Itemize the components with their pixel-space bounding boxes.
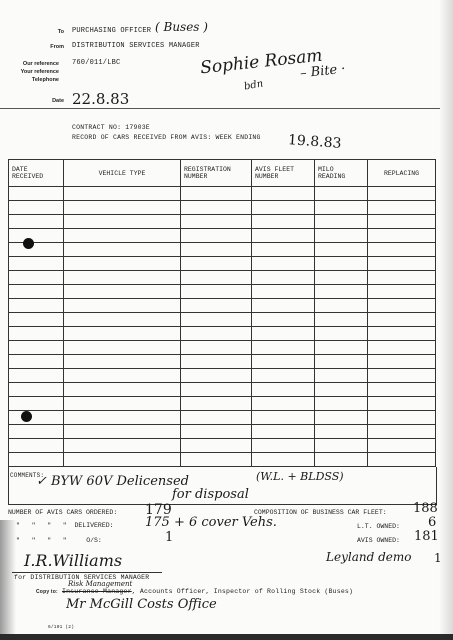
table-cell <box>252 439 315 453</box>
table-cell <box>64 369 181 383</box>
scan-shadow <box>439 0 453 640</box>
table-cell <box>9 229 64 243</box>
vehicle-table: DATE RECEIVED VEHICLE TYPE REGISTRATION … <box>8 159 436 467</box>
table-cell <box>9 285 64 299</box>
table-cell <box>252 243 315 257</box>
avis-owned-value: 181 <box>414 529 439 544</box>
table-cell <box>368 201 436 215</box>
table-cell <box>368 215 436 229</box>
table-row <box>9 285 436 299</box>
table-cell <box>252 257 315 271</box>
table-cell <box>315 201 368 215</box>
table-row <box>9 257 436 271</box>
table-cell <box>315 411 368 425</box>
table-cell <box>181 243 252 257</box>
table-cell <box>64 425 181 439</box>
table-row <box>9 187 436 201</box>
table-cell <box>9 187 64 201</box>
table-cell <box>315 327 368 341</box>
table-body <box>9 187 436 467</box>
record-title: RECORD OF CARS RECEIVED FROM AVIS: WEEK … <box>72 134 261 141</box>
table-row <box>9 201 436 215</box>
table-cell <box>368 411 436 425</box>
table-cell <box>315 285 368 299</box>
table-cell <box>252 453 315 467</box>
fleet-label: COMPOSITION OF BUSINESS CAR FLEET: <box>254 509 387 516</box>
table-cell <box>64 201 181 215</box>
table-cell <box>64 313 181 327</box>
table-cell <box>252 187 315 201</box>
table-cell <box>368 229 436 243</box>
table-cell <box>315 187 368 201</box>
table-row <box>9 383 436 397</box>
lt-owned-value: 6 <box>428 515 436 530</box>
table-cell <box>64 383 181 397</box>
table-row <box>9 313 436 327</box>
os-label: " " " " O/S: <box>16 537 102 544</box>
os-value: 1 <box>165 530 173 545</box>
col-avis-fleet: AVIS FLEET NUMBER <box>252 160 315 187</box>
copy-to-line: Copy to: Insurance Manager, Accounts Off… <box>36 588 353 595</box>
table-cell <box>315 383 368 397</box>
table-cell <box>252 411 315 425</box>
table-cell <box>368 285 436 299</box>
col-replacing: REPLACING <box>368 160 436 187</box>
comments-note: (W.L. + BLDSS) <box>256 470 344 483</box>
table-cell <box>315 257 368 271</box>
table-cell <box>368 243 436 257</box>
table-cell <box>64 341 181 355</box>
table-cell <box>368 425 436 439</box>
table-cell <box>181 313 252 327</box>
table-cell <box>64 285 181 299</box>
table-cell <box>181 327 252 341</box>
table-cell <box>315 299 368 313</box>
table-cell <box>315 425 368 439</box>
table-cell <box>315 243 368 257</box>
table-cell <box>315 229 368 243</box>
table-cell <box>252 271 315 285</box>
table-row <box>9 355 436 369</box>
table-cell <box>64 327 181 341</box>
table-row <box>9 397 436 411</box>
col-vehicle-type: VEHICLE TYPE <box>64 160 181 187</box>
your-ref-label: Your reference <box>0 69 59 75</box>
table-cell <box>64 299 181 313</box>
table-cell <box>9 439 64 453</box>
table-cell <box>9 453 64 467</box>
table-cell <box>9 411 64 425</box>
signature: I.R.Williams <box>24 551 122 570</box>
table-cell <box>181 397 252 411</box>
date-value: 22.8.83 <box>72 90 129 108</box>
from-label: From <box>4 44 64 50</box>
table-cell <box>9 243 64 257</box>
table-row <box>9 439 436 453</box>
table-cell <box>252 215 315 229</box>
table-cell <box>252 313 315 327</box>
comments-line-1: ✓ BYW 60V Delicensed <box>36 474 189 489</box>
handwritten-initials: bdn <box>243 78 264 92</box>
our-ref-label: Our reference <box>0 61 59 67</box>
copy-handwritten: Mr McGill Costs Office <box>66 597 217 612</box>
lt-owned-label: L.T. OWNED: <box>357 523 400 530</box>
table-row <box>9 341 436 355</box>
table-cell <box>9 327 64 341</box>
table-cell <box>181 257 252 271</box>
table-row <box>9 215 436 229</box>
table-cell <box>64 187 181 201</box>
table-cell <box>181 439 252 453</box>
contract-number: CONTRACT NO: 17903E <box>72 124 150 131</box>
table-cell <box>368 355 436 369</box>
table-cell <box>64 215 181 229</box>
table-cell <box>64 229 181 243</box>
copy-rest: , Accounts Officer, Inspector of Rolling… <box>132 588 353 595</box>
table-cell <box>315 453 368 467</box>
table-cell <box>252 285 315 299</box>
to-handwritten: ( Buses ) <box>155 20 208 34</box>
table-cell <box>64 439 181 453</box>
table-cell <box>252 201 315 215</box>
table-cell <box>181 453 252 467</box>
table-cell <box>315 271 368 285</box>
to-label: To <box>4 29 64 35</box>
table-cell <box>181 271 252 285</box>
table-cell <box>181 285 252 299</box>
table-cell <box>252 425 315 439</box>
table-row <box>9 271 436 285</box>
table-cell <box>181 383 252 397</box>
header-divider <box>0 108 440 109</box>
table-cell <box>368 439 436 453</box>
copy-struck: Insurance Manager <box>62 588 132 595</box>
from-value: DISTRIBUTION SERVICES MANAGER <box>72 42 200 50</box>
table-cell <box>9 425 64 439</box>
table-cell <box>9 355 64 369</box>
table-cell <box>181 369 252 383</box>
to-value: PURCHASING OFFICER <box>72 27 151 35</box>
table-cell <box>64 397 181 411</box>
table-cell <box>315 215 368 229</box>
form-code: 6/101 (2) <box>48 625 74 630</box>
table-cell <box>181 229 252 243</box>
table-row <box>9 369 436 383</box>
table-cell <box>9 383 64 397</box>
table-cell <box>315 369 368 383</box>
leyland-demo-label: Leyland demo <box>326 550 411 564</box>
table-cell <box>368 257 436 271</box>
table-cell <box>9 215 64 229</box>
memo-page: To PURCHASING OFFICER ( Buses ) From DIS… <box>0 0 453 640</box>
table-cell <box>368 271 436 285</box>
date-label: Date <box>4 98 64 104</box>
table-cell <box>9 369 64 383</box>
delivered-label: " " " " DELIVERED: <box>16 522 114 529</box>
table-cell <box>368 453 436 467</box>
table-cell <box>9 341 64 355</box>
table-row <box>9 299 436 313</box>
ordered-label: NUMBER OF AVIS CARS ORDERED: <box>8 509 117 516</box>
table-row <box>9 327 436 341</box>
col-milo-reading: MILO READING <box>315 160 368 187</box>
table-cell <box>315 355 368 369</box>
table-row <box>9 425 436 439</box>
delivered-value: 175 + 6 cover Vehs. <box>145 515 277 530</box>
table-cell <box>181 299 252 313</box>
table-row <box>9 229 436 243</box>
telephone-label: Telephone <box>0 77 59 83</box>
week-ending: 19.8.83 <box>288 132 342 152</box>
col-registration: REGISTRATION NUMBER <box>181 160 252 187</box>
scan-bottom-edge <box>0 634 453 640</box>
avis-owned-label: AVIS OWNED: <box>357 537 400 544</box>
table-cell <box>9 299 64 313</box>
table-cell <box>64 243 181 257</box>
table-cell <box>315 341 368 355</box>
table-cell <box>181 355 252 369</box>
table-cell <box>252 369 315 383</box>
table-cell <box>368 299 436 313</box>
handwritten-note: – Bite · <box>299 62 346 82</box>
table-cell <box>64 355 181 369</box>
punch-hole-top <box>23 238 34 249</box>
our-ref-value: 760/011/LBC <box>72 59 120 67</box>
table-cell <box>252 355 315 369</box>
table-cell <box>252 383 315 397</box>
table-cell <box>181 411 252 425</box>
signature-line <box>12 572 162 573</box>
table-cell <box>368 341 436 355</box>
table-cell <box>64 411 181 425</box>
table-cell <box>368 313 436 327</box>
table-cell <box>64 453 181 467</box>
leyland-demo-value: 1 <box>434 551 442 565</box>
punch-hole-bottom <box>21 411 32 422</box>
table-cell <box>368 187 436 201</box>
table-cell <box>64 271 181 285</box>
table-cell <box>181 187 252 201</box>
table-cell <box>252 397 315 411</box>
table-cell <box>368 397 436 411</box>
table-cell <box>9 257 64 271</box>
table-cell <box>252 299 315 313</box>
table-cell <box>181 201 252 215</box>
copy-to-label: Copy to: <box>36 589 58 595</box>
table-cell <box>181 215 252 229</box>
table-cell <box>368 369 436 383</box>
table-cell <box>64 257 181 271</box>
table-cell <box>368 383 436 397</box>
table-header-row: DATE RECEIVED VEHICLE TYPE REGISTRATION … <box>9 160 436 187</box>
table-cell <box>252 327 315 341</box>
table-cell <box>368 327 436 341</box>
copy-inserted: Risk Management <box>68 580 132 588</box>
table-row <box>9 243 436 257</box>
comments-line-2: for disposal <box>172 487 249 502</box>
table-cell <box>181 341 252 355</box>
table-cell <box>315 313 368 327</box>
table-cell <box>9 271 64 285</box>
table-row <box>9 453 436 467</box>
table-cell <box>315 439 368 453</box>
table-cell <box>9 397 64 411</box>
table-row <box>9 411 436 425</box>
table-cell <box>315 397 368 411</box>
table-cell <box>9 313 64 327</box>
col-date-received: DATE RECEIVED <box>9 160 64 187</box>
table-cell <box>9 201 64 215</box>
table-cell <box>252 229 315 243</box>
table-cell <box>181 425 252 439</box>
table-cell <box>252 341 315 355</box>
fleet-value: 188 <box>413 501 438 516</box>
